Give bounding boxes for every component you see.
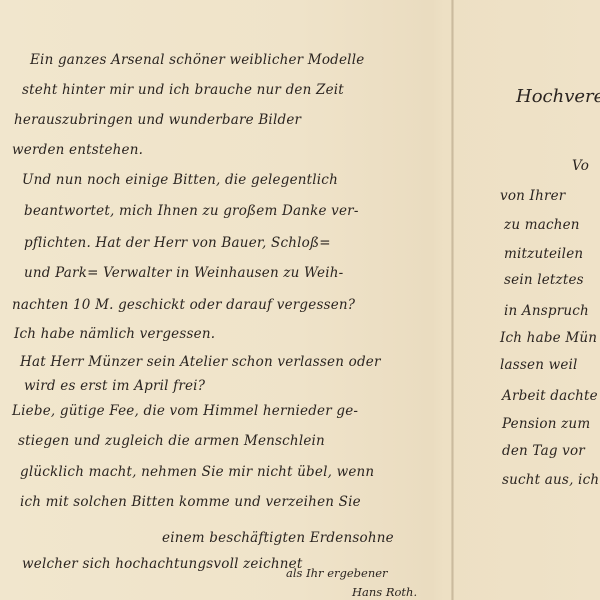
letter-line: Ich habe nämlich vergessen. [14, 326, 215, 342]
letter-line: sucht aus, ich [502, 472, 599, 488]
letter-greeting: Hochverehr [516, 86, 600, 107]
letter-line: von Ihrer [500, 188, 565, 204]
signature: Hans Roth. [352, 585, 417, 599]
letter-line: steht hinter mir und ich brauche nur den… [22, 82, 344, 98]
letter-line: Pension zum [502, 416, 590, 432]
letter-sheet: Ein ganzes Arsenal schöner weiblicher Mo… [0, 0, 600, 600]
letter-line: und Park= Verwalter in Weinhausen zu Wei… [24, 265, 343, 281]
letter-line: Ich habe Mün [500, 330, 597, 346]
letter-line: Arbeit dachte [502, 388, 598, 404]
letter-line: Liebe, gütige Fee, die vom Himmel hernie… [12, 403, 358, 419]
letter-line: ich mit solchen Bitten komme und verzeih… [20, 494, 361, 510]
letter-line: herauszubringen und wunderbare Bilder [14, 112, 301, 128]
letter-line: wird es erst im April frei? [24, 378, 205, 394]
letter-line: beantwortet, mich Ihnen zu großem Danke … [24, 203, 359, 219]
letter-line: Ein ganzes Arsenal schöner weiblicher Mo… [30, 52, 364, 68]
right-page: Hochverehr Vo von Ihrer zu machen mitzut… [454, 0, 600, 600]
letter-line: zu machen [504, 217, 580, 233]
left-page: Ein ganzes Arsenal schöner weiblicher Mo… [0, 0, 452, 600]
letter-line: Vo [572, 158, 589, 174]
letter-line: einem beschäftigten Erdensohne [162, 530, 394, 546]
letter-line: den Tag vor [502, 443, 585, 459]
letter-line: werden entstehen. [12, 142, 143, 158]
closing-line: als Ihr ergebener [286, 566, 388, 580]
letter-line: pflichten. Hat der Herr von Bauer, Schlo… [24, 235, 331, 251]
letter-line: mitzuteilen [504, 246, 583, 262]
letter-line: stiegen und zugleich die armen Menschlei… [18, 433, 325, 449]
letter-line: glücklich macht, nehmen Sie mir nicht üb… [20, 464, 374, 480]
letter-line: Hat Herr Münzer sein Atelier schon verla… [20, 354, 381, 370]
letter-line: lassen weil [500, 357, 578, 373]
letter-line: sein letztes [504, 272, 584, 288]
letter-line: welcher sich hochachtungsvoll zeichnet [22, 556, 302, 572]
letter-line: in Anspruch [504, 303, 589, 319]
letter-line: nachten 10 M. geschickt oder darauf verg… [12, 297, 355, 313]
letter-line: Und nun noch einige Bitten, die gelegent… [22, 172, 338, 188]
